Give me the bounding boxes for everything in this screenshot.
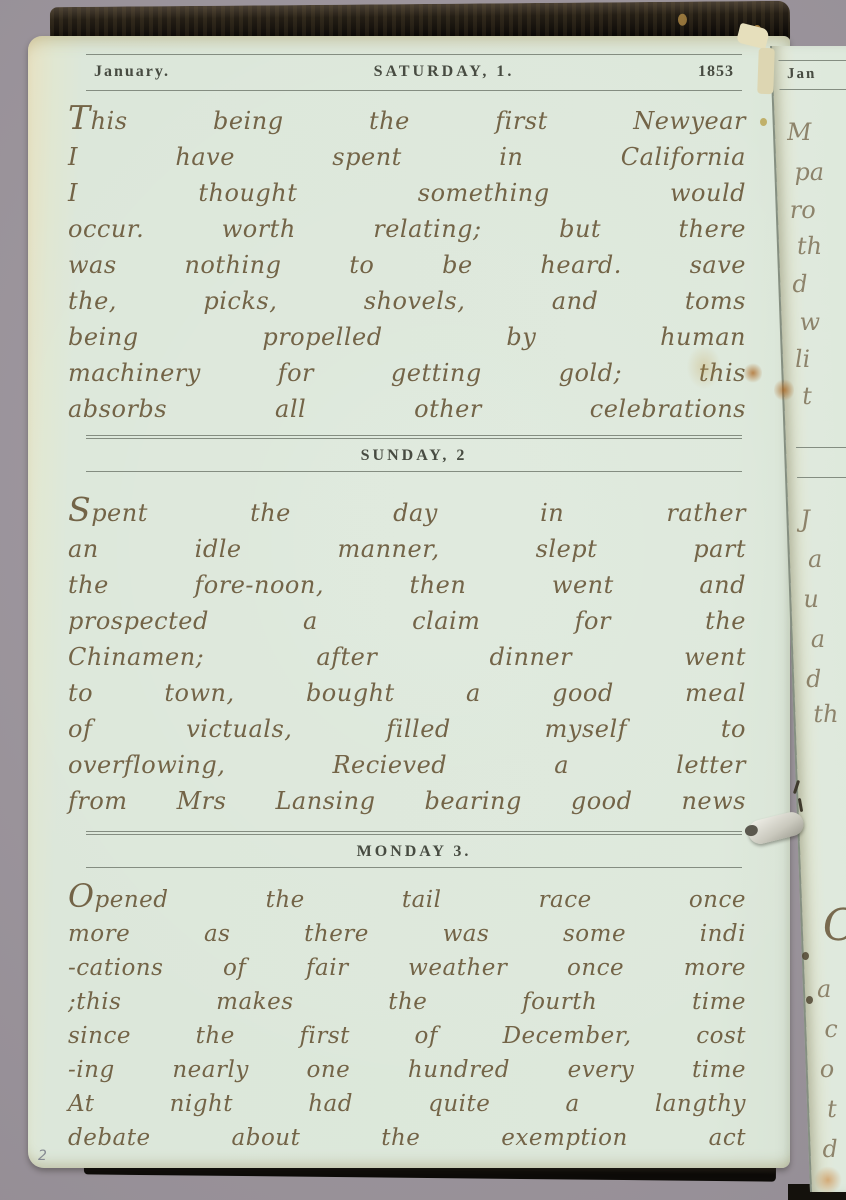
single-rule bbox=[796, 447, 846, 448]
page-header: January. SATURDAY, 1. 1853 bbox=[86, 54, 742, 91]
handwriting-line: more as there was some indi bbox=[68, 917, 746, 951]
handwriting-line: occur. worth relating; but there bbox=[68, 211, 746, 247]
handwriting-fragment: J bbox=[800, 505, 811, 533]
handwriting-line: overflowing, Recieved a letter bbox=[68, 747, 746, 783]
day-heading-label: MONDAY 3. bbox=[86, 835, 742, 867]
diary-entry-saturday: This being the first Newyear I have spen… bbox=[68, 100, 746, 427]
handwriting-line: Chinamen; after dinner went bbox=[68, 639, 746, 675]
handwriting-fragment: O bbox=[822, 900, 846, 951]
single-rule bbox=[797, 477, 846, 478]
handwriting-fragment: t bbox=[802, 382, 813, 410]
pencil-page-number: 2 bbox=[38, 1148, 47, 1164]
handwriting-line: I have spent in California bbox=[68, 139, 746, 175]
diary-entry-sunday: Spent the day in rather an idle manner, … bbox=[68, 492, 746, 819]
handwriting-fragment: a bbox=[816, 975, 831, 1003]
diary-entry-monday: Opened the tail race once more as there … bbox=[68, 880, 746, 1155]
handwriting-fragment: a bbox=[807, 545, 822, 573]
photo-background: January. SATURDAY, 1. 1853 This being th… bbox=[0, 0, 846, 1200]
rust-spot bbox=[774, 378, 794, 402]
binding-wear-speck bbox=[678, 14, 687, 26]
next-page-month-fragment: Jan bbox=[787, 66, 817, 82]
handwriting-fragment: d bbox=[792, 270, 808, 298]
corner-stain bbox=[814, 1166, 842, 1194]
handwriting-line: of victuals, filled myself to bbox=[68, 711, 746, 747]
handwriting-fragment: d bbox=[806, 665, 822, 693]
torn-paper-edge bbox=[757, 48, 775, 95]
handwriting-line: to town, bought a good meal bbox=[68, 675, 746, 711]
handwriting-fragment: a bbox=[810, 625, 825, 653]
stitch-hole bbox=[802, 952, 809, 960]
year-label: 1853 bbox=[612, 63, 742, 81]
handwriting-line: being propelled by human bbox=[68, 319, 746, 355]
handwriting-line: prospected a claim for the bbox=[68, 603, 746, 639]
single-rule bbox=[86, 867, 742, 868]
handwriting-fragment: ro bbox=[789, 196, 816, 224]
handwriting-line: debate about the exemption act bbox=[68, 1121, 746, 1155]
handwriting-line: Spent the day in rather bbox=[68, 492, 746, 531]
handwriting-line: an idle manner, slept part bbox=[68, 531, 746, 567]
handwriting-line: This being the first Newyear bbox=[68, 100, 746, 139]
handwriting-line: the fore-noon, then went and bbox=[68, 567, 746, 603]
paper-stain bbox=[680, 336, 728, 398]
day-header-sunday: SUNDAY, 2 bbox=[86, 435, 742, 472]
month-label: January. bbox=[86, 63, 276, 81]
handwriting-line: machinery for getting gold; this bbox=[68, 355, 746, 391]
handwriting-fragment: t bbox=[827, 1095, 838, 1123]
handwriting-fragment: w bbox=[799, 308, 821, 336]
handwriting-fragment: d bbox=[822, 1135, 838, 1163]
next-page-header: Jan bbox=[778, 60, 846, 90]
handwriting-line: was nothing to be heard. save bbox=[68, 247, 746, 283]
handwriting-line: Opened the tail race once bbox=[68, 880, 746, 917]
handwriting-line: the, picks, shovels, and toms bbox=[68, 283, 746, 319]
handwriting-line: since the first of December, cost bbox=[68, 1019, 746, 1053]
handwriting-fragment: o bbox=[819, 1055, 834, 1083]
rust-spot bbox=[744, 362, 762, 384]
handwriting-fragment: th bbox=[796, 232, 822, 260]
handwriting-fragment: th bbox=[813, 700, 839, 728]
day-header-monday: MONDAY 3. bbox=[86, 831, 742, 868]
diary-left-page: January. SATURDAY, 1. 1853 This being th… bbox=[28, 36, 790, 1168]
handwriting-fragment: li bbox=[794, 345, 810, 373]
paper-speck bbox=[760, 118, 767, 126]
single-rule bbox=[86, 471, 742, 472]
handwriting-fragment: u bbox=[803, 585, 819, 613]
handwriting-line: -cations of fair weather once more bbox=[68, 951, 746, 985]
day-heading-label: SUNDAY, 2 bbox=[86, 439, 742, 471]
handwriting-line: -ing nearly one hundred every time bbox=[68, 1053, 746, 1087]
handwriting-fragment: c bbox=[824, 1015, 838, 1043]
handwriting-line: from Mrs Lansing bearing good news bbox=[68, 783, 746, 819]
stitch-hole bbox=[806, 996, 813, 1004]
handwriting-fragment: pa bbox=[794, 158, 825, 186]
handwriting-line: I thought something would bbox=[68, 175, 746, 211]
handwriting-line: At night had quite a langthy bbox=[68, 1087, 746, 1121]
day-title-saturday: SATURDAY, 1. bbox=[276, 63, 612, 81]
handwriting-line: absorbs all other celebrations bbox=[68, 391, 746, 427]
handwriting-fragment: M bbox=[787, 118, 813, 146]
handwriting-line: ;this makes the fourth time bbox=[68, 985, 746, 1019]
